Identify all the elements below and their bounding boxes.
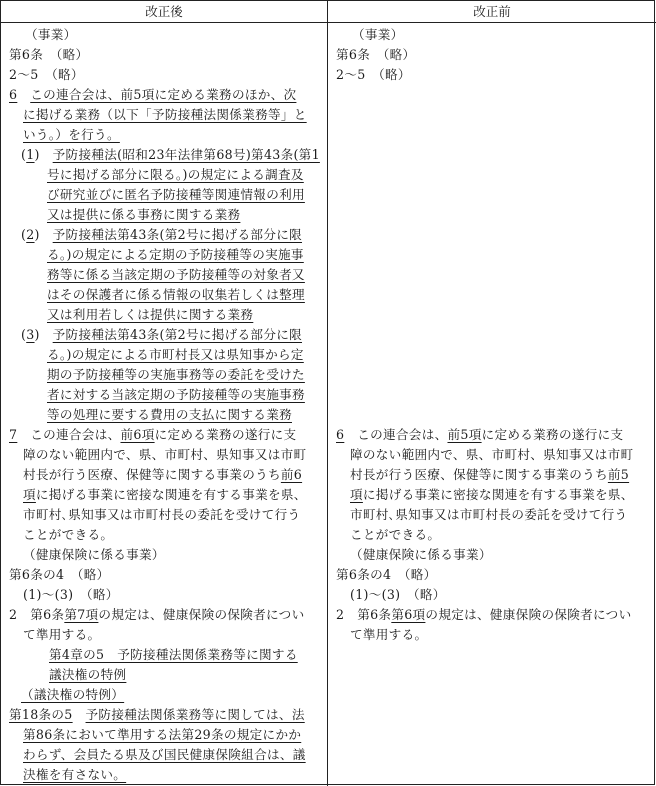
amended-text: 又は提供に係る事務に関する業務 bbox=[47, 207, 240, 222]
text-segment: (1)～(3) （略） bbox=[23, 587, 119, 602]
amended-text: 2 bbox=[26, 227, 34, 242]
header-divider bbox=[1, 22, 656, 23]
amended-text: に掲げる業務（以下「予防接種法関係業務等」と bbox=[23, 107, 307, 122]
text-line: 第18条の5 予防接種法関係業務等に関しては、法 bbox=[9, 705, 305, 725]
text-line: 村長が行う医療、保健等に関する事業のうち前6 bbox=[23, 465, 302, 485]
text-segment bbox=[17, 87, 30, 102]
amended-text: 予防接種法関係業務等に関しては、法 bbox=[86, 707, 305, 722]
text-line: （事業） bbox=[25, 25, 77, 45]
amended-text: 項 bbox=[23, 487, 36, 502]
text-segment: に掲げる事業に密接な関連を有する事業を県、 bbox=[363, 487, 634, 502]
text-line: 者に対する当該定期の予防接種等の実施事務 bbox=[47, 385, 305, 405]
text-segment: （健康保険に係る事業） bbox=[350, 547, 492, 562]
text-line: 議決権の特例 bbox=[49, 665, 126, 685]
amended-text: び研究並びに匿名予防接種等関連情報の利用 bbox=[47, 187, 305, 202]
text-line: （議決権の特例） bbox=[21, 685, 124, 705]
text-line: 項に掲げる事業に密接な関連を有する事業を県、 bbox=[23, 485, 307, 505]
text-segment: ) bbox=[35, 147, 53, 162]
text-line: 務等に係る当該定期の予防接種等の対象者又 bbox=[47, 265, 305, 285]
text-line: (3) 予防接種法第43条(第2号に掲げる部分に限 bbox=[21, 325, 302, 345]
text-line: 障のない範囲内で、県、市町村、県知事又は市町 bbox=[350, 445, 633, 465]
text-line: 7 この連合会は、前6項に定める業務の遂行に支 bbox=[9, 425, 296, 445]
text-segment: 2 第6条 bbox=[9, 607, 64, 622]
text-line: 6 この連合会は、前5項に定める業務の遂行に支 bbox=[336, 425, 623, 445]
text-segment: （事業） bbox=[25, 27, 77, 42]
amended-text: この連合会は、前5項に定める業務のほか、次 bbox=[30, 87, 296, 102]
text-line: 期の予防接種等の実施事務等の委託を受けた bbox=[47, 365, 305, 385]
text-segment: 村長が行う医療、保健等に関する事業のうち bbox=[350, 467, 608, 482]
text-segment: ことができる。 bbox=[350, 527, 440, 542]
text-line: (1) 予防接種法(昭和23年法律第68号)第43条(第1 bbox=[21, 145, 320, 165]
text-segment: 第6条 （略） bbox=[336, 47, 415, 62]
amended-text: 前6項 bbox=[120, 427, 154, 442]
text-segment: の規定は、健康保険の保険者につい bbox=[98, 607, 304, 622]
text-segment: に定める業務の遂行に支 bbox=[482, 427, 624, 442]
text-line: 第6条 （略） bbox=[336, 45, 415, 65]
text-segment: (1)～(3) （略） bbox=[350, 587, 446, 602]
amended-text: はその保護者に係る情報の収集若しくは整理 bbox=[47, 287, 305, 302]
text-segment: 第6条 （略） bbox=[9, 47, 88, 62]
text-segment: 市町村､県知事又は市町村長の委託を受けて行う bbox=[350, 507, 627, 522]
header-before: 改正前 bbox=[328, 1, 656, 22]
text-line: 障のない範囲内で、県、市町村、県知事又は市町 bbox=[23, 445, 306, 465]
text-segment: 村長が行う医療、保健等に関する事業のうち bbox=[23, 467, 281, 482]
text-line: ことができる。 bbox=[23, 525, 113, 545]
text-line: 項に掲げる事業に密接な関連を有する事業を県、 bbox=[350, 485, 634, 505]
text-line: 号に掲げる部分に限る。)の規定による調査及 bbox=[47, 165, 304, 185]
amended-text: 予防接種法(昭和23年法律第68号)第43条(第1 bbox=[53, 147, 320, 162]
text-line: 2 第6条第7項の規定は、健康保険の保険者につい bbox=[9, 605, 304, 625]
text-segment: 市町村､県知事又は市町村長の委託を受けて行う bbox=[23, 507, 300, 522]
text-segment: （事業） bbox=[352, 27, 404, 42]
text-line: 第6条の4 （略） bbox=[9, 565, 110, 585]
text-line: わらず、会員たる県及び国民健康保険組合は、議 bbox=[23, 745, 306, 765]
text-segment: （健康保険に係る事業） bbox=[23, 547, 165, 562]
amended-text: 決権を有さない。 bbox=[23, 767, 126, 782]
amended-text: 期の予防接種等の実施事務等の委託を受けた bbox=[47, 367, 305, 382]
amended-text: 前6 bbox=[281, 467, 302, 482]
amended-text: 前5 bbox=[608, 467, 629, 482]
text-line: 2～5 （略） bbox=[9, 65, 84, 85]
amended-text: 前5項 bbox=[447, 427, 481, 442]
amended-text: 1 bbox=[26, 147, 34, 162]
text-line: 2 第6条第6項の規定は、健康保険の保険者につい bbox=[336, 605, 631, 625]
text-line: ことができる。 bbox=[350, 525, 440, 545]
text-line: 6 この連合会は、前5項に定める業務のほか、次 bbox=[9, 85, 296, 105]
amended-text: 号に掲げる部分に限る。)の規定による調査及 bbox=[47, 167, 304, 182]
amended-text: る。)の規定による定期の予防接種等の実施事 bbox=[47, 247, 304, 262]
text-line: はその保護者に係る情報の収集若しくは整理 bbox=[47, 285, 305, 305]
amended-text: る。)の規定による市町村長又は県知事から定 bbox=[47, 347, 304, 362]
text-line: 等の処理に要する費用の支払に関する業務 bbox=[47, 405, 292, 425]
text-line: 又は提供に係る事務に関する業務 bbox=[47, 205, 240, 225]
amended-text: 3 bbox=[26, 327, 34, 342]
header-after: 改正後 bbox=[1, 1, 327, 22]
amended-text: 第86条において準用する法第29条の規定にかか bbox=[23, 727, 301, 742]
text-segment bbox=[73, 707, 86, 722]
text-segment: この連合会は、 bbox=[344, 427, 447, 442]
text-line: 第86条において準用する法第29条の規定にかか bbox=[23, 725, 301, 745]
amended-text: 第7項 bbox=[64, 607, 98, 622]
amended-text: 務等に係る当該定期の予防接種等の対象者又 bbox=[47, 267, 305, 282]
text-line: に掲げる業務（以下「予防接種法関係業務等」と bbox=[23, 105, 307, 125]
text-line: 市町村､県知事又は市町村長の委託を受けて行う bbox=[350, 505, 627, 525]
text-line: び研究並びに匿名予防接種等関連情報の利用 bbox=[47, 185, 305, 205]
text-segment: に掲げる事業に密接な関連を有する事業を県、 bbox=[36, 487, 307, 502]
text-line: (2) 予防接種法第43条(第2号に掲げる部分に限 bbox=[21, 225, 302, 245]
text-segment: に定める業務の遂行に支 bbox=[155, 427, 297, 442]
text-segment: 2 第6条 bbox=[336, 607, 391, 622]
text-line: (1)～(3) （略） bbox=[23, 585, 119, 605]
text-line: 村長が行う医療、保健等に関する事業のうち前5 bbox=[350, 465, 629, 485]
amended-text: 予防接種法第43条(第2号に掲げる部分に限 bbox=[53, 327, 302, 342]
text-segment: 障のない範囲内で、県、市町村、県知事又は市町 bbox=[23, 447, 306, 462]
amended-text: 第18条の5 bbox=[9, 707, 73, 722]
text-segment: 第6条の4 （略） bbox=[9, 567, 110, 582]
amended-text: 予防接種法第43条(第2号に掲げる部分に限 bbox=[53, 227, 302, 242]
text-segment: 第6条の4 （略） bbox=[336, 567, 437, 582]
text-line: て準用する。 bbox=[350, 625, 427, 645]
text-line: 第4章の5 予防接種法関係業務等に関する bbox=[49, 645, 298, 665]
text-segment: 2～5 （略） bbox=[336, 67, 411, 82]
amended-text: わらず、会員たる県及び国民健康保険組合は、議 bbox=[23, 747, 306, 762]
text-line: 第6条 （略） bbox=[9, 45, 88, 65]
amended-text: 第6項 bbox=[391, 607, 425, 622]
amended-text: 等の処理に要する費用の支払に関する業務 bbox=[47, 407, 292, 422]
text-segment: て準用する。 bbox=[350, 627, 427, 642]
text-segment: て準用する。 bbox=[23, 627, 100, 642]
text-segment: 障のない範囲内で、県、市町村、県知事又は市町 bbox=[350, 447, 633, 462]
amended-text: （議決権の特例） bbox=[21, 687, 124, 702]
text-segment: ) bbox=[35, 327, 53, 342]
comparison-table: 改正後 改正前 （事業）第6条 （略）2～5 （略）6 この連合会は、前5項に定… bbox=[0, 0, 655, 785]
text-segment: の規定は、健康保険の保険者につい bbox=[425, 607, 631, 622]
text-line: 市町村､県知事又は市町村長の委託を受けて行う bbox=[23, 505, 300, 525]
text-line: （健康保険に係る事業） bbox=[350, 545, 492, 565]
text-line: 決権を有さない。 bbox=[23, 765, 126, 785]
amended-text: 又は利用若しくは提供に関する業務 bbox=[47, 307, 253, 322]
text-segment: この連合会は、 bbox=[17, 427, 120, 442]
column-divider bbox=[327, 1, 328, 786]
text-segment: ) bbox=[35, 227, 53, 242]
text-line: 第6条の4 （略） bbox=[336, 565, 437, 585]
text-segment: 2～5 （略） bbox=[9, 67, 84, 82]
text-segment: ことができる。 bbox=[23, 527, 113, 542]
text-line: る。)の規定による市町村長又は県知事から定 bbox=[47, 345, 304, 365]
text-line: 又は利用若しくは提供に関する業務 bbox=[47, 305, 253, 325]
amended-text: 者に対する当該定期の予防接種等の実施事務 bbox=[47, 387, 305, 402]
amended-text: いう。）を行う。 bbox=[23, 127, 120, 142]
text-line: （健康保険に係る事業） bbox=[23, 545, 165, 565]
text-line: （事業） bbox=[352, 25, 404, 45]
amended-text: 項 bbox=[350, 487, 363, 502]
amended-text: 議決権の特例 bbox=[49, 667, 126, 682]
text-line: る。)の規定による定期の予防接種等の実施事 bbox=[47, 245, 304, 265]
text-line: て準用する。 bbox=[23, 625, 100, 645]
text-line: 2～5 （略） bbox=[336, 65, 411, 85]
text-line: いう。）を行う。 bbox=[23, 125, 120, 145]
text-line: (1)～(3) （略） bbox=[350, 585, 446, 605]
amended-text: 第4章の5 予防接種法関係業務等に関する bbox=[49, 647, 298, 662]
